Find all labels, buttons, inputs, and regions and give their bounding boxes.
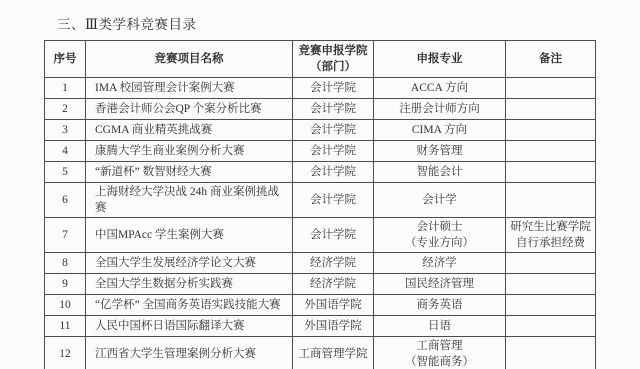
table-header-row: 序号 竞赛项目名称 竞赛申报学院 （部门） 申报专业 备注 <box>45 41 596 78</box>
cell-college: 经济学院 <box>293 274 374 295</box>
cell-remark <box>506 78 596 99</box>
cell-no: 12 <box>45 337 86 369</box>
header-cell-major: 申报专业 <box>374 41 506 78</box>
cell-name: “亿学杯” 全国商务英语实践技能大赛 <box>86 295 293 316</box>
cell-college: 会计学院 <box>293 218 374 253</box>
competition-table: 序号 竞赛项目名称 竞赛申报学院 （部门） 申报专业 备注 1IMA 校园管理会… <box>44 40 596 369</box>
cell-remark <box>506 274 596 295</box>
table-row: 7中国MPAcc 学生案例大赛会计学院会计硕士 （专业方向）研究生比赛学院 自行… <box>45 218 596 253</box>
table-row: 5“新道杯” 数智财经大赛会计学院智能会计 <box>45 162 596 183</box>
table-row: 1IMA 校园管理会计案例大赛会计学院ACCA 方向 <box>45 78 596 99</box>
table-row: 10“亿学杯” 全国商务英语实践技能大赛外国语学院商务英语 <box>45 295 596 316</box>
cell-college: 外国语学院 <box>293 316 374 337</box>
table-row: 4康腾大学生商业案例分析大赛会计学院财务管理 <box>45 141 596 162</box>
cell-college: 会计学院 <box>293 99 374 120</box>
table-row: 12江西省大学生管理案例分析大赛工商管理学院工商管理 （智能商务） <box>45 337 596 369</box>
cell-no: 3 <box>45 120 86 141</box>
table-row: 6上海财经大学决战 24h 商业案例挑战赛会计学院会计学 <box>45 183 596 218</box>
cell-no: 9 <box>45 274 86 295</box>
cell-college: 会计学院 <box>293 78 374 99</box>
document-page: 三、Ⅲ类学科竞赛目录 序号 竞赛项目名称 竞赛申报学院 （部门） 申报专业 备注… <box>0 0 640 369</box>
cell-college: 经济学院 <box>293 253 374 274</box>
cell-name: 中国MPAcc 学生案例大赛 <box>86 218 293 253</box>
cell-remark <box>506 253 596 274</box>
header-cell-college: 竞赛申报学院 （部门） <box>293 41 374 78</box>
cell-remark: 研究生比赛学院 自行承担经费 <box>506 218 596 253</box>
cell-no: 6 <box>45 183 86 218</box>
cell-name: 全国大学生数据分析实践赛 <box>86 274 293 295</box>
cell-no: 7 <box>45 218 86 253</box>
cell-remark <box>506 162 596 183</box>
cell-remark <box>506 337 596 369</box>
cell-major: CIMA 方向 <box>374 120 506 141</box>
cell-name: 江西省大学生管理案例分析大赛 <box>86 337 293 369</box>
table-row: 3CGMA 商业精英挑战赛会计学院CIMA 方向 <box>45 120 596 141</box>
cell-name: IMA 校园管理会计案例大赛 <box>86 78 293 99</box>
cell-college: 会计学院 <box>293 183 374 218</box>
header-cell-name: 竞赛项目名称 <box>86 41 293 78</box>
cell-major: 国民经济管理 <box>374 274 506 295</box>
cell-major: 商务英语 <box>374 295 506 316</box>
cell-major: 智能会计 <box>374 162 506 183</box>
cell-name: CGMA 商业精英挑战赛 <box>86 120 293 141</box>
cell-major: 会计学 <box>374 183 506 218</box>
page-title: 三、Ⅲ类学科竞赛目录 <box>57 13 197 33</box>
cell-name: 人民中国杯日语国际翻译大赛 <box>86 316 293 337</box>
cell-name: 全国大学生发展经济学论文大赛 <box>86 253 293 274</box>
table-row: 8全国大学生发展经济学论文大赛经济学院经济学 <box>45 253 596 274</box>
cell-college: 会计学院 <box>293 162 374 183</box>
cell-name: 康腾大学生商业案例分析大赛 <box>86 141 293 162</box>
cell-major: 会计硕士 （专业方向） <box>374 218 506 253</box>
cell-remark <box>506 295 596 316</box>
cell-remark <box>506 316 596 337</box>
cell-remark <box>506 99 596 120</box>
cell-no: 2 <box>45 99 86 120</box>
header-cell-remark: 备注 <box>506 41 596 78</box>
cell-no: 1 <box>45 78 86 99</box>
table-row: 11人民中国杯日语国际翻译大赛外国语学院日语 <box>45 316 596 337</box>
cell-remark <box>506 183 596 218</box>
header-cell-no: 序号 <box>45 41 86 78</box>
cell-major: ACCA 方向 <box>374 78 506 99</box>
cell-no: 5 <box>45 162 86 183</box>
cell-major: 注册会计师方向 <box>374 99 506 120</box>
cell-major: 日语 <box>374 316 506 337</box>
cell-name: 香港会计师公会QP 个案分析比赛 <box>86 99 293 120</box>
cell-no: 4 <box>45 141 86 162</box>
cell-remark <box>506 120 596 141</box>
cell-major: 财务管理 <box>374 141 506 162</box>
table-row: 2香港会计师公会QP 个案分析比赛会计学院注册会计师方向 <box>45 99 596 120</box>
cell-no: 11 <box>45 316 86 337</box>
cell-no: 10 <box>45 295 86 316</box>
cell-name: 上海财经大学决战 24h 商业案例挑战赛 <box>86 183 293 218</box>
cell-college: 会计学院 <box>293 141 374 162</box>
table-row: 9全国大学生数据分析实践赛经济学院国民经济管理 <box>45 274 596 295</box>
cell-major: 工商管理 （智能商务） <box>374 337 506 369</box>
cell-major: 经济学 <box>374 253 506 274</box>
cell-no: 8 <box>45 253 86 274</box>
cell-name: “新道杯” 数智财经大赛 <box>86 162 293 183</box>
cell-college: 外国语学院 <box>293 295 374 316</box>
cell-remark <box>506 141 596 162</box>
cell-college: 会计学院 <box>293 120 374 141</box>
cell-college: 工商管理学院 <box>293 337 374 369</box>
